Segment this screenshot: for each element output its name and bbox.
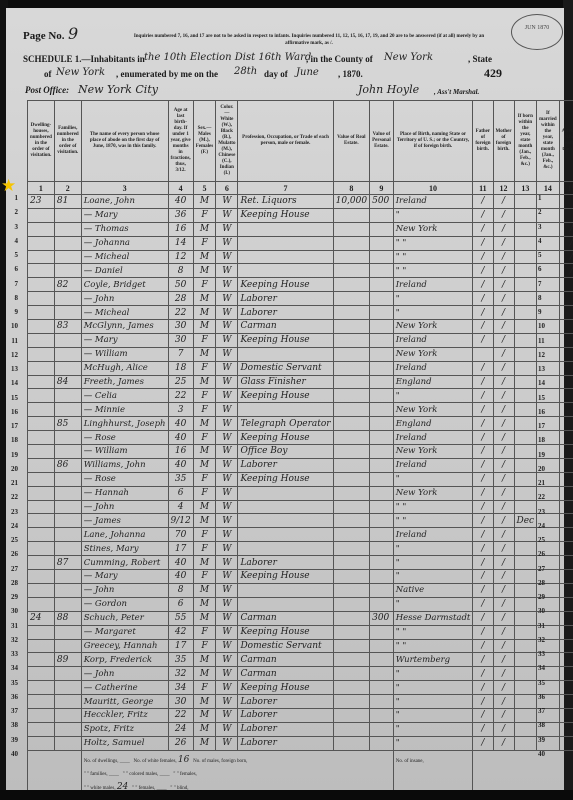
sex: F — [193, 486, 216, 500]
color: W — [216, 528, 238, 542]
father-foreign: / — [473, 292, 493, 306]
foreign-females-label: " " females, — [173, 772, 196, 777]
dwelling-number — [28, 445, 55, 459]
sex: F — [193, 333, 216, 347]
column-number: 9 — [370, 182, 394, 195]
row-number: 1 — [538, 194, 542, 202]
father-foreign: / — [473, 417, 493, 431]
father-foreign: / — [473, 556, 493, 570]
birthplace: " " — [393, 514, 473, 528]
born-in-year — [514, 236, 537, 250]
colored-males-label: " " colored males, — [123, 772, 159, 777]
father-foreign: / — [473, 236, 493, 250]
birthplace: New York — [393, 403, 473, 417]
person-name: Mauritt, George — [81, 695, 168, 709]
column-header: Age at last birth-day. If under 1 year, … — [168, 101, 193, 182]
column-number: 10 — [393, 182, 473, 195]
occupation — [238, 250, 333, 264]
real-estate-value — [333, 431, 370, 445]
column-header: The name of every person whose place of … — [81, 101, 168, 182]
color: W — [216, 514, 238, 528]
row-number: 38 — [538, 721, 545, 729]
sex: F — [193, 528, 216, 542]
mother-foreign: / — [493, 722, 514, 736]
sex: M — [193, 250, 216, 264]
family-number — [54, 431, 81, 445]
white-females-count: 16 — [178, 755, 189, 765]
age: 35 — [168, 472, 193, 486]
sex: M — [193, 320, 216, 334]
personal-estate-value — [370, 583, 394, 597]
highlight-star-icon[interactable]: ★ — [1, 178, 17, 194]
color: W — [216, 222, 238, 236]
personal-estate-value — [370, 681, 394, 695]
person-name: McHugh, Alice — [81, 361, 168, 375]
occupation — [238, 597, 333, 611]
family-number — [54, 639, 81, 653]
family-number — [54, 681, 81, 695]
occupation — [238, 542, 333, 556]
attended-school — [559, 500, 573, 514]
table-row: 87Cumming, Robert40MWLaborer"// — [28, 556, 573, 570]
personal-estate-value — [370, 500, 394, 514]
column-number: 12 — [493, 182, 514, 195]
occupation: Keeping House — [238, 278, 333, 292]
real-estate-value — [333, 333, 370, 347]
table-row: — Micheal22MWLaborer"/// — [28, 306, 573, 320]
column-header: If born within the year, state month (Ja… — [514, 101, 537, 182]
dwelling-number — [28, 250, 55, 264]
personal-estate-value — [370, 292, 394, 306]
born-in-year — [514, 417, 537, 431]
real-estate-value — [333, 681, 370, 695]
attended-school — [559, 195, 573, 209]
personal-estate-value: 300 — [370, 611, 394, 625]
born-in-year — [514, 195, 537, 209]
father-foreign: / — [473, 625, 493, 639]
column-header: Place of Birth, naming State or Territor… — [393, 101, 473, 182]
row-number: 12 — [6, 351, 18, 359]
real-estate-value — [333, 486, 370, 500]
father-foreign: / — [473, 528, 493, 542]
row-number: 16 — [538, 408, 545, 416]
birthplace: Ireland — [393, 278, 473, 292]
person-name: — Rose — [81, 431, 168, 445]
family-number — [54, 361, 81, 375]
age: 26 — [168, 736, 193, 750]
table-row: — William7MWNew York/ — [28, 347, 573, 361]
mother-foreign: / — [493, 347, 514, 361]
attended-school — [559, 514, 573, 528]
row-number: 32 — [538, 636, 545, 644]
row-number: 21 — [538, 479, 545, 487]
row-number: 36 — [538, 693, 545, 701]
real-estate-value — [333, 583, 370, 597]
sex: F — [193, 278, 216, 292]
row-number: 14 — [6, 379, 18, 387]
person-name: Greecey, Hannah — [81, 639, 168, 653]
attended-school — [559, 542, 573, 556]
table-row: — Margaret42FWKeeping House" "// — [28, 625, 573, 639]
father-foreign: / — [473, 361, 493, 375]
color: W — [216, 681, 238, 695]
row-number: 26 — [6, 550, 18, 558]
father-foreign: / — [473, 486, 493, 500]
table-row: 89Korp, Frederick35MWCarmanWurtemberg/// — [28, 653, 573, 667]
color: W — [216, 486, 238, 500]
row-number: 9 — [538, 308, 542, 316]
person-name: — Mary — [81, 208, 168, 222]
table-row: — Micheal12MW" "/// — [28, 250, 573, 264]
father-foreign: / — [473, 431, 493, 445]
occupation: Domestic Servant — [238, 361, 333, 375]
mother-foreign: / — [493, 389, 514, 403]
person-name: — William — [81, 445, 168, 459]
color: W — [216, 236, 238, 250]
row-number: 5 — [538, 251, 542, 259]
row-number: 9 — [6, 308, 18, 316]
birthplace: " — [393, 570, 473, 584]
real-estate-value — [333, 306, 370, 320]
row-number: 37 — [538, 707, 545, 715]
person-name: — Catherine — [81, 681, 168, 695]
family-number — [54, 583, 81, 597]
sex: M — [193, 306, 216, 320]
personal-estate-value — [370, 570, 394, 584]
person-name: Williams, John — [81, 458, 168, 472]
row-number: 39 — [6, 736, 18, 744]
father-foreign: / — [473, 514, 493, 528]
dwelling-number — [28, 389, 55, 403]
age: 70 — [168, 528, 193, 542]
personal-estate-value — [370, 472, 394, 486]
color: W — [216, 556, 238, 570]
sex: F — [193, 361, 216, 375]
attended-school: / — [559, 236, 573, 250]
person-name: Freeth, James — [81, 375, 168, 389]
birthplace: " " — [393, 236, 473, 250]
born-in-year — [514, 333, 537, 347]
attended-school — [559, 611, 573, 625]
table-row: — Rose40FWKeeping HouseIreland// — [28, 431, 573, 445]
person-name: — John — [81, 500, 168, 514]
birthplace: England — [393, 375, 473, 389]
family-number: 81 — [54, 195, 81, 209]
table-row: Mauritt, George30MWLaborer"// — [28, 695, 573, 709]
attended-school — [559, 375, 573, 389]
age: 16 — [168, 222, 193, 236]
color: W — [216, 292, 238, 306]
born-in-year — [514, 222, 537, 236]
personal-estate-value — [370, 458, 394, 472]
table-row: — John32MWCarman"/// — [28, 667, 573, 681]
dwelling-number — [28, 681, 55, 695]
born-in-year — [514, 320, 537, 334]
age: 30 — [168, 695, 193, 709]
age: 22 — [168, 306, 193, 320]
father-foreign: / — [473, 403, 493, 417]
father-foreign: / — [473, 375, 493, 389]
sex: F — [193, 639, 216, 653]
attended-school — [559, 458, 573, 472]
born-in-year — [514, 736, 537, 750]
father-foreign: / — [473, 597, 493, 611]
real-estate-value — [333, 417, 370, 431]
sex: M — [193, 611, 216, 625]
sex: F — [193, 472, 216, 486]
real-estate-value — [333, 500, 370, 514]
family-number — [54, 236, 81, 250]
mother-foreign: / — [493, 208, 514, 222]
person-name: Lane, Johanna — [81, 528, 168, 542]
sex: M — [193, 417, 216, 431]
color: W — [216, 722, 238, 736]
table-row: Stines, Mary17FW"// — [28, 542, 573, 556]
mother-foreign: / — [493, 570, 514, 584]
occupation: Laborer — [238, 695, 333, 709]
family-number: 88 — [54, 611, 81, 625]
column-header: Value of Real Estate. — [333, 101, 370, 182]
sex: M — [193, 195, 216, 209]
person-name: — Mary — [81, 570, 168, 584]
row-number: 40 — [538, 750, 545, 758]
real-estate-value — [333, 347, 370, 361]
family-number: 87 — [54, 556, 81, 570]
attended-school: / — [559, 250, 573, 264]
occupation — [238, 514, 333, 528]
person-name: — John — [81, 667, 168, 681]
born-in-year — [514, 500, 537, 514]
personal-estate-value — [370, 514, 394, 528]
birthplace: " — [393, 306, 473, 320]
sex: M — [193, 514, 216, 528]
column-number: 13 — [514, 182, 537, 195]
occupation: Keeping House — [238, 625, 333, 639]
table-row: 83McGlynn, James30MWCarmanNew York/// — [28, 320, 573, 334]
personal-estate-value — [370, 320, 394, 334]
birthplace: " — [393, 736, 473, 750]
father-foreign: / — [473, 195, 493, 209]
row-number: 28 — [538, 579, 545, 587]
age: 42 — [168, 625, 193, 639]
family-number: 85 — [54, 417, 81, 431]
age: 3 — [168, 403, 193, 417]
attended-school — [559, 320, 573, 334]
born-in-year — [514, 292, 537, 306]
row-number: 13 — [6, 365, 18, 373]
real-estate-value — [333, 375, 370, 389]
attended-school — [559, 556, 573, 570]
birthplace: " — [393, 722, 473, 736]
column-number: 15 — [559, 182, 573, 195]
attended-school — [559, 708, 573, 722]
person-name: — Rose — [81, 472, 168, 486]
row-number: 20 — [6, 465, 18, 473]
occupation — [238, 486, 333, 500]
occupation: Keeping House — [238, 681, 333, 695]
sex: F — [193, 403, 216, 417]
born-in-year — [514, 597, 537, 611]
born-in-year — [514, 403, 537, 417]
person-name: Cumming, Robert — [81, 556, 168, 570]
birthplace: Hesse Darmstadt — [393, 611, 473, 625]
sex: M — [193, 458, 216, 472]
row-number: 16 — [6, 408, 18, 416]
attended-school — [559, 347, 573, 361]
table-row: — William16MWOffice BoyNew York// — [28, 445, 573, 459]
occupation: Laborer — [238, 306, 333, 320]
father-foreign: / — [473, 542, 493, 556]
row-number: 25 — [6, 536, 18, 544]
real-estate-value — [333, 625, 370, 639]
sex: M — [193, 583, 216, 597]
birthplace: Ireland — [393, 361, 473, 375]
row-number: 11 — [6, 337, 18, 345]
color: W — [216, 708, 238, 722]
occupation — [238, 500, 333, 514]
family-number — [54, 528, 81, 542]
family-number — [54, 292, 81, 306]
family-number — [54, 306, 81, 320]
mother-foreign: / — [493, 222, 514, 236]
age: 40 — [168, 570, 193, 584]
color: W — [216, 472, 238, 486]
father-foreign: / — [473, 667, 493, 681]
age: 40 — [168, 417, 193, 431]
real-estate-value — [333, 445, 370, 459]
personal-estate-value — [370, 431, 394, 445]
personal-estate-value — [370, 375, 394, 389]
mother-foreign: / — [493, 583, 514, 597]
dwelling-number — [28, 458, 55, 472]
sex: F — [193, 542, 216, 556]
personal-estate-value — [370, 403, 394, 417]
person-name: — Minnie — [81, 403, 168, 417]
dwelling-number — [28, 500, 55, 514]
person-name: — John — [81, 583, 168, 597]
person-name: Holtz, Samuel — [81, 736, 168, 750]
row-number: 28 — [6, 579, 18, 587]
sex: M — [193, 222, 216, 236]
row-number: 24 — [538, 522, 545, 530]
sex: M — [193, 264, 216, 278]
born-in-year — [514, 542, 537, 556]
person-name: Schuch, Peter — [81, 611, 168, 625]
occupation: Laborer — [238, 722, 333, 736]
father-foreign: / — [473, 500, 493, 514]
age: 28 — [168, 292, 193, 306]
dwelling-number — [28, 375, 55, 389]
row-number: 11 — [538, 337, 545, 345]
birthplace: " " — [393, 639, 473, 653]
mother-foreign: / — [493, 625, 514, 639]
table-row: — John8MWNative// — [28, 583, 573, 597]
age: 34 — [168, 681, 193, 695]
occupation — [238, 528, 333, 542]
born-in-year — [514, 264, 537, 278]
personal-estate-value — [370, 361, 394, 375]
color: W — [216, 583, 238, 597]
table-row: — Celia22FWKeeping House"// — [28, 389, 573, 403]
personal-estate-value — [370, 695, 394, 709]
color: W — [216, 667, 238, 681]
age: 30 — [168, 320, 193, 334]
family-number: 86 — [54, 458, 81, 472]
family-number: 82 — [54, 278, 81, 292]
birthplace: " " — [393, 264, 473, 278]
family-number — [54, 389, 81, 403]
white-females-label: No. of white females, — [133, 759, 176, 764]
born-in-year — [514, 570, 537, 584]
color: W — [216, 570, 238, 584]
attended-school: / — [559, 264, 573, 278]
row-number: 2 — [6, 208, 18, 216]
person-name: — Thomas — [81, 222, 168, 236]
dwelling-number — [28, 472, 55, 486]
dwelling-number — [28, 667, 55, 681]
mother-foreign: / — [493, 681, 514, 695]
row-number: 34 — [6, 664, 18, 672]
personal-estate-value — [370, 333, 394, 347]
real-estate-value — [333, 570, 370, 584]
personal-estate-value — [370, 222, 394, 236]
attended-school — [559, 528, 573, 542]
occupation — [238, 347, 333, 361]
color: W — [216, 736, 238, 750]
born-in-year — [514, 583, 537, 597]
born-in-year — [514, 250, 537, 264]
row-number: 22 — [6, 493, 18, 501]
person-name: Coyle, Bridget — [81, 278, 168, 292]
mother-foreign: / — [493, 375, 514, 389]
row-number: 6 — [6, 265, 18, 273]
person-name: Korp, Frederick — [81, 653, 168, 667]
birthplace: " — [393, 389, 473, 403]
state-label: , State — [468, 54, 492, 64]
attended-school — [559, 208, 573, 222]
sex: F — [193, 431, 216, 445]
dwelling-number — [28, 208, 55, 222]
table-row: Hecckler, Fritz22MWLaborer"// — [28, 708, 573, 722]
age: 18 — [168, 361, 193, 375]
row-number: 29 — [6, 593, 18, 601]
birthplace: " — [393, 708, 473, 722]
personal-estate-value — [370, 708, 394, 722]
mother-foreign: / — [493, 486, 514, 500]
row-number: 29 — [538, 593, 545, 601]
real-estate-value — [333, 528, 370, 542]
person-name: — Hannah — [81, 486, 168, 500]
mother-foreign: / — [493, 708, 514, 722]
census-rows: 2381Loane, John40MWRet. Liquors10,000500… — [28, 195, 573, 751]
real-estate-value — [333, 222, 370, 236]
father-foreign: / — [473, 695, 493, 709]
real-estate-value — [333, 514, 370, 528]
table-row: — Rose35FWKeeping House"// — [28, 472, 573, 486]
row-number: 26 — [538, 550, 545, 558]
dwelling-number — [28, 639, 55, 653]
row-number: 24 — [6, 522, 18, 530]
dwelling-number — [28, 583, 55, 597]
age: 17 — [168, 542, 193, 556]
foreign-males-label: No. of males, foreign born, — [193, 759, 247, 764]
row-number: 38 — [6, 721, 18, 729]
mother-foreign: / — [493, 445, 514, 459]
occupation: Laborer — [238, 292, 333, 306]
sex: M — [193, 375, 216, 389]
column-number: 1 — [28, 182, 55, 195]
birthplace: Ireland — [393, 431, 473, 445]
